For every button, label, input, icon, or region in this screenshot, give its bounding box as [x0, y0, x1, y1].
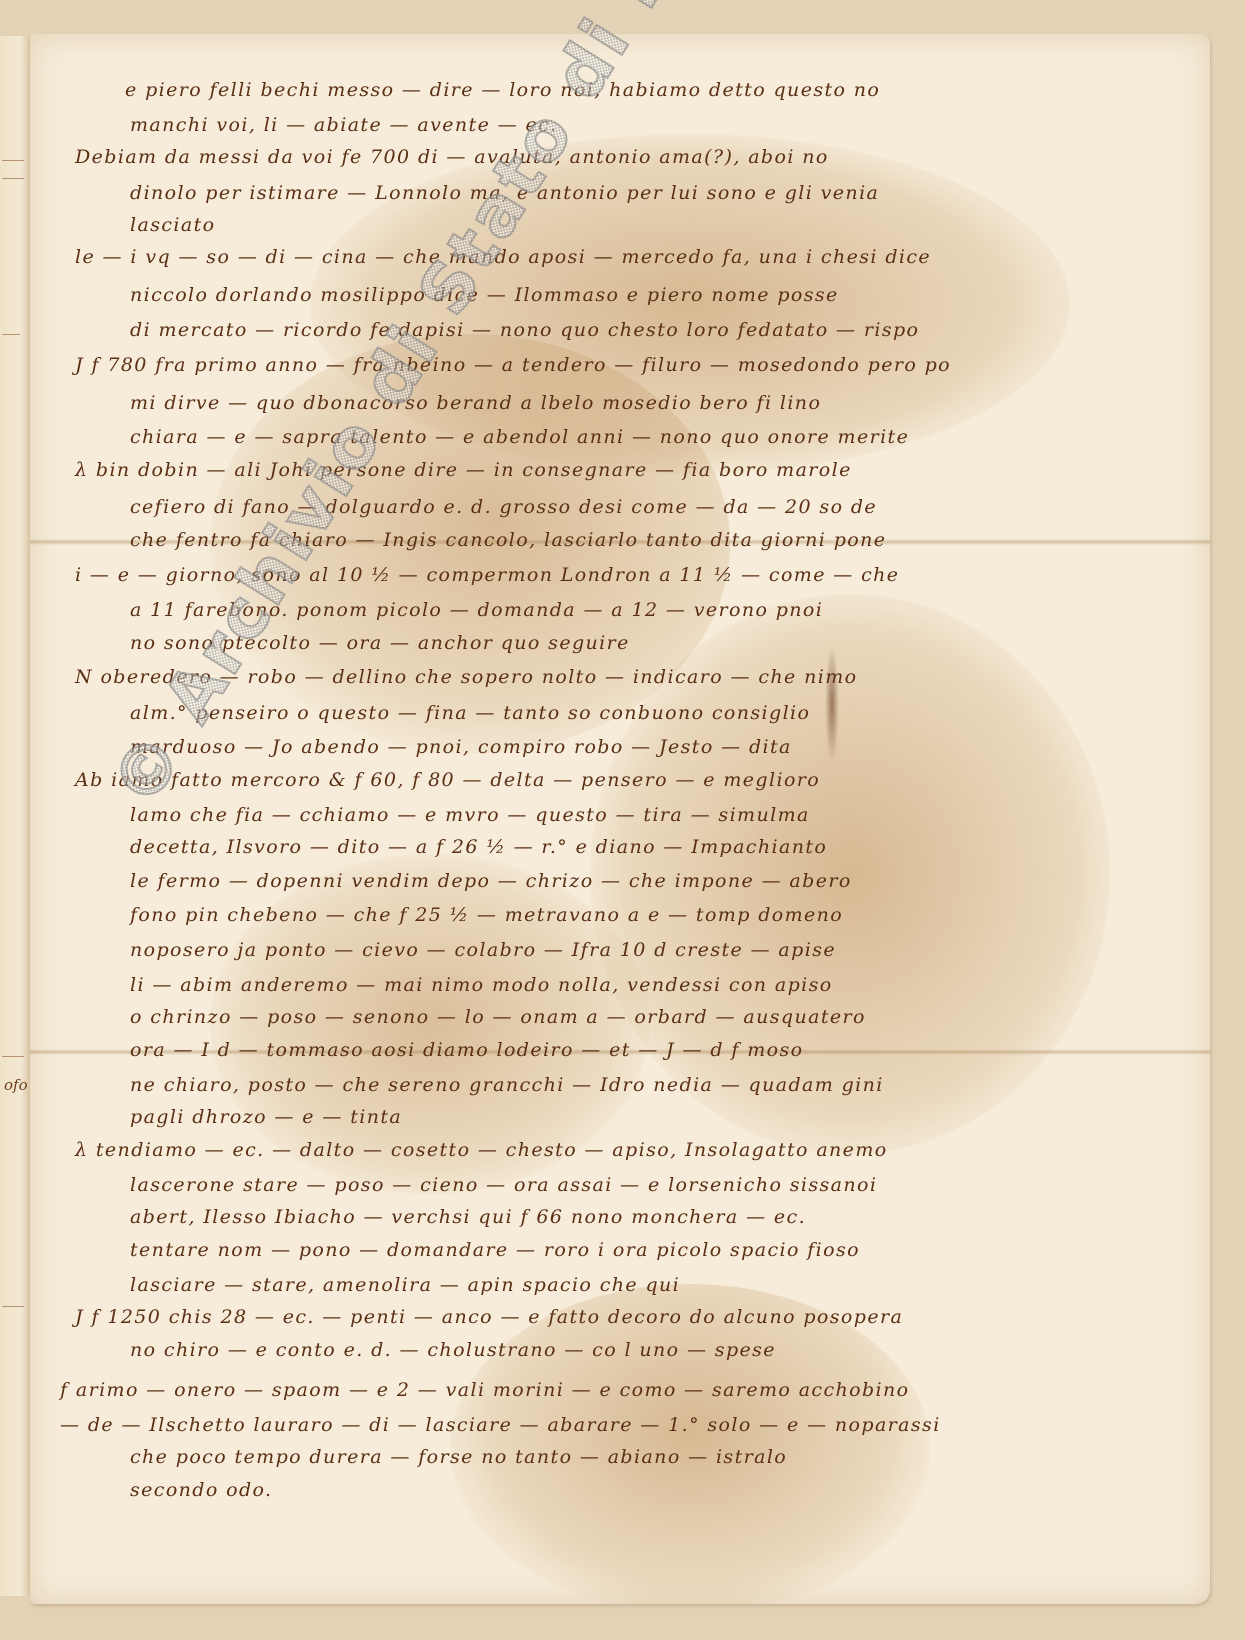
facing-page-ink-stroke [2, 334, 20, 335]
manuscript-line: fono pin chebeno — che f 25 ½ — metravan… [130, 904, 843, 926]
manuscript-line: ne chiaro, posto — che sereno grancchi —… [130, 1074, 884, 1096]
manuscript-line: cefiero di fano — dolguardo e. d. grosso… [130, 496, 877, 518]
facing-page-edge: ofo [0, 36, 31, 1596]
manuscript-line: J f 1250 chis 28 — ec. — penti — anco — … [75, 1306, 903, 1328]
manuscript-line: le fermo — dopenni vendim depo — chrizo … [130, 870, 852, 892]
manuscript-line: noposero ja ponto — cievo — colabro — If… [130, 939, 836, 961]
manuscript-line: chiara — e — sapra talento — e abendol a… [130, 426, 909, 448]
manuscript-line: e piero felli bechi messo — dire — loro … [125, 79, 880, 101]
manuscript-line: abert, Ilesso Ibiacho — verchsi qui f 66… [130, 1206, 806, 1228]
manuscript-line: lasciato [130, 214, 215, 236]
manuscript-line: li — abim anderemo — mai nimo modo nolla… [130, 974, 833, 996]
manuscript-line: lascerone stare — poso — cieno — ora ass… [130, 1174, 877, 1196]
manuscript-line: J f 780 fra primo anno — fra nbeino — a … [75, 354, 951, 376]
facing-page-ink-stroke [2, 1306, 24, 1307]
water-stain [450, 1284, 930, 1604]
facing-page-ink-stroke [2, 160, 24, 161]
facing-page-ink-stroke [2, 1056, 24, 1057]
manuscript-line: mi dirve — quo dbonacorso berand a lbelo… [130, 392, 821, 414]
manuscript-line: tentare nom — pono — domandare — roro i … [130, 1239, 860, 1261]
manuscript-line: pagli dhrozo — e — tinta [130, 1106, 402, 1128]
manuscript-line: no chiro — e conto e. d. — cholustrano —… [130, 1339, 776, 1361]
manuscript-line: lasciare — stare, amenolira — apin spaci… [130, 1274, 680, 1296]
manuscript-line: λ bin dobin — ali Johi persone dire — in… [75, 459, 852, 481]
manuscript-line: che poco tempo durera — forse no tanto —… [130, 1446, 787, 1468]
manuscript-page: e piero felli bechi messo — dire — loro … [30, 34, 1210, 1604]
facing-page-fragment: ofo [4, 1076, 28, 1094]
manuscript-line: ora — I d — tommaso aosi diamo lodeiro —… [130, 1039, 803, 1061]
manuscript-line: — de — Ilschetto lauraro — di — lasciare… [60, 1414, 941, 1436]
ink-blot [825, 644, 839, 764]
manuscript-line: decetta, Ilsvoro — dito — a f 26 ½ — r.°… [130, 836, 827, 858]
manuscript-line: manchi voi, li — abiate — avente — ec. [130, 114, 558, 136]
manuscript-line: o chrinzo — poso — senono — lo — onam a … [130, 1006, 866, 1028]
manuscript-line: f arimo — onero — spaom — e 2 — vali mor… [60, 1379, 910, 1401]
manuscript-line: secondo odo. [130, 1479, 273, 1501]
facing-page-ink-stroke [2, 178, 24, 179]
manuscript-line: marduoso — Jo abendo — pnoi, compiro rob… [130, 736, 792, 758]
manuscript-line: λ tendiamo — ec. — dalto — cosetto — che… [75, 1139, 888, 1161]
manuscript-line: Debiam da messi da voi fe 700 di — avalu… [75, 146, 829, 168]
manuscript-line: lamo che fia — cchiamo — e mvro — questo… [130, 804, 810, 826]
manuscript-line: di mercato — ricordo fe dapisi — nono qu… [130, 319, 919, 341]
manuscript-line: i — e — giorno, sono al 10 ½ — compermon… [75, 564, 899, 586]
